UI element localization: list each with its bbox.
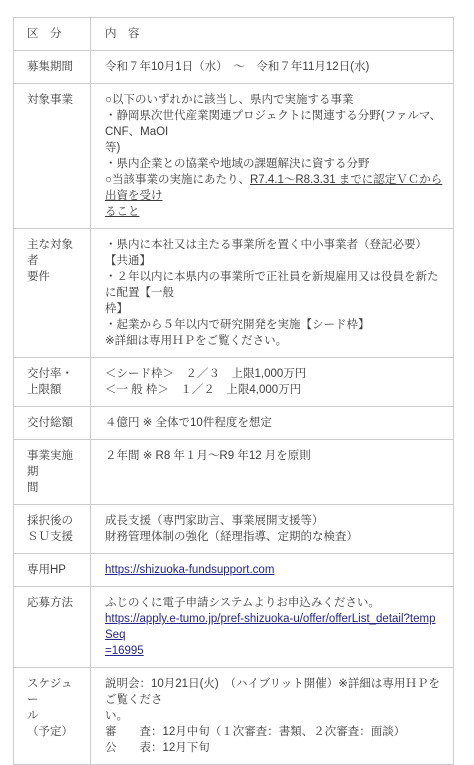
- table-row-total-grant: 交付総額 ４億円 ※ 全体で10件程度を想定: [14, 407, 453, 440]
- subsidy-info-table: 区 分 内 容 募集期間 令和７年10月1日（水） ～ 令和７年11月12日(水…: [13, 17, 454, 765]
- row-text-vc-condition: ○当該事業の実施にあたり、R7.4.1～R8.3.31 までに認定ＶＣから出資を…: [105, 172, 443, 204]
- underlined-text: ること: [105, 206, 140, 218]
- row-text: 財務管理体制の強化（経理指導、定期的な検査）: [105, 529, 443, 545]
- row-text: ＜一 般 枠＞ １／２ 上限4,000万円: [105, 382, 443, 398]
- row-text-vc-condition-cont: ること: [105, 204, 443, 220]
- row-text: 令和７年10月1日（水） ～ 令和７年11月12日(水): [105, 59, 443, 75]
- row-text: ２年間 ※ R8 年１月～R9 年12 月を原則: [105, 448, 443, 464]
- row-label: 対象事業: [14, 84, 91, 228]
- row-text: 説明会：10月21日(火) （ハイブリット開催）※詳細は専用ＨＰをご覧くださ: [105, 676, 443, 708]
- row-label: 主な対象者 要件: [14, 229, 91, 357]
- row-text: ・２年以内に本県内の事業所で正社員を新規雇用又は役員を新たに配置【一般: [105, 269, 443, 301]
- row-label: 応募方法: [14, 587, 91, 667]
- header-category-cell: 区 分: [14, 18, 91, 50]
- row-text: ふじのくに電子申請システムよりお申込みください。: [105, 595, 443, 611]
- row-text: 審 査：12月中旬（１次審査：書類、２次審査：面談）: [105, 724, 443, 740]
- table-row-application-method: 応募方法 ふじのくに電子申請システムよりお申込みください。 https://ap…: [14, 587, 453, 668]
- row-text: ※詳細は専用ＨＰをご覧ください。: [105, 333, 443, 349]
- official-website-link[interactable]: https://shizuoka-fundsupport.com: [105, 564, 274, 576]
- row-text: ・県内企業との協業や地域の課題解決に資する分野: [105, 156, 443, 172]
- row-label: 専用HP: [14, 554, 91, 586]
- row-text: 等): [105, 140, 443, 156]
- row-text: ＜シード枠＞ ２／３ 上限1,000万円: [105, 366, 443, 382]
- table-row-eligibility: 主な対象者 要件 ・県内に本社又は主たる事業所を置く中小事業者（登記必要）【共通…: [14, 229, 453, 358]
- table-row-schedule: スケジュー ル （予定） 説明会：10月21日(火) （ハイブリット開催）※詳細…: [14, 668, 453, 764]
- row-label: 交付率・ 上限額: [14, 358, 91, 406]
- row-text: ・起業から５年以内で研究開発を実施【シード枠】: [105, 317, 443, 333]
- row-label: 募集期間: [14, 51, 91, 83]
- row-text: い。: [105, 708, 443, 724]
- row-text: 成長支援（専門家助言、事業展開支援等）: [105, 513, 443, 529]
- row-text: ４億円 ※ 全体で10件程度を想定: [105, 415, 443, 431]
- row-text: ・県内に本社又は主たる事業所を置く中小事業者（登記必要）【共通】: [105, 237, 443, 269]
- header-content-cell: 内 容: [91, 18, 453, 50]
- row-label: 採択後の ＳＵ支援: [14, 505, 91, 553]
- table-row-target-business: 対象事業 ○以下のいずれかに該当し、県内で実施する事業 ・静岡県次世代産業関連プ…: [14, 84, 453, 229]
- table-row-implementation-period: 事業実施期 間 ２年間 ※ R8 年１月～R9 年12 月を原則: [14, 440, 453, 505]
- row-text: 枠】: [105, 301, 443, 317]
- table-row-grant-rate: 交付率・ 上限額 ＜シード枠＞ ２／３ 上限1,000万円 ＜一 般 枠＞ １／…: [14, 358, 453, 407]
- table-row-official-website: 専用HP https://shizuoka-fundsupport.com: [14, 554, 453, 587]
- table-header-row: 区 分 内 容: [14, 18, 453, 51]
- row-text: ○以下のいずれかに該当し、県内で実施する事業: [105, 92, 443, 108]
- row-label: スケジュー ル （予定）: [14, 668, 91, 764]
- application-system-link[interactable]: https://apply.e-tumo.jp/pref-shizuoka-u/…: [105, 611, 443, 659]
- row-label: 交付総額: [14, 407, 91, 439]
- table-row-recruitment-period: 募集期間 令和７年10月1日（水） ～ 令和７年11月12日(水): [14, 51, 453, 84]
- table-row-su-support: 採択後の ＳＵ支援 成長支援（専門家助言、事業展開支援等） 財務管理体制の強化（…: [14, 505, 453, 554]
- row-label: 事業実施期 間: [14, 440, 91, 504]
- row-text: ・静岡県次世代産業関連プロジェクトに関連する分野(ファルマ、CNF、MaOI: [105, 108, 443, 140]
- row-text: 公 表：12月下旬: [105, 740, 443, 756]
